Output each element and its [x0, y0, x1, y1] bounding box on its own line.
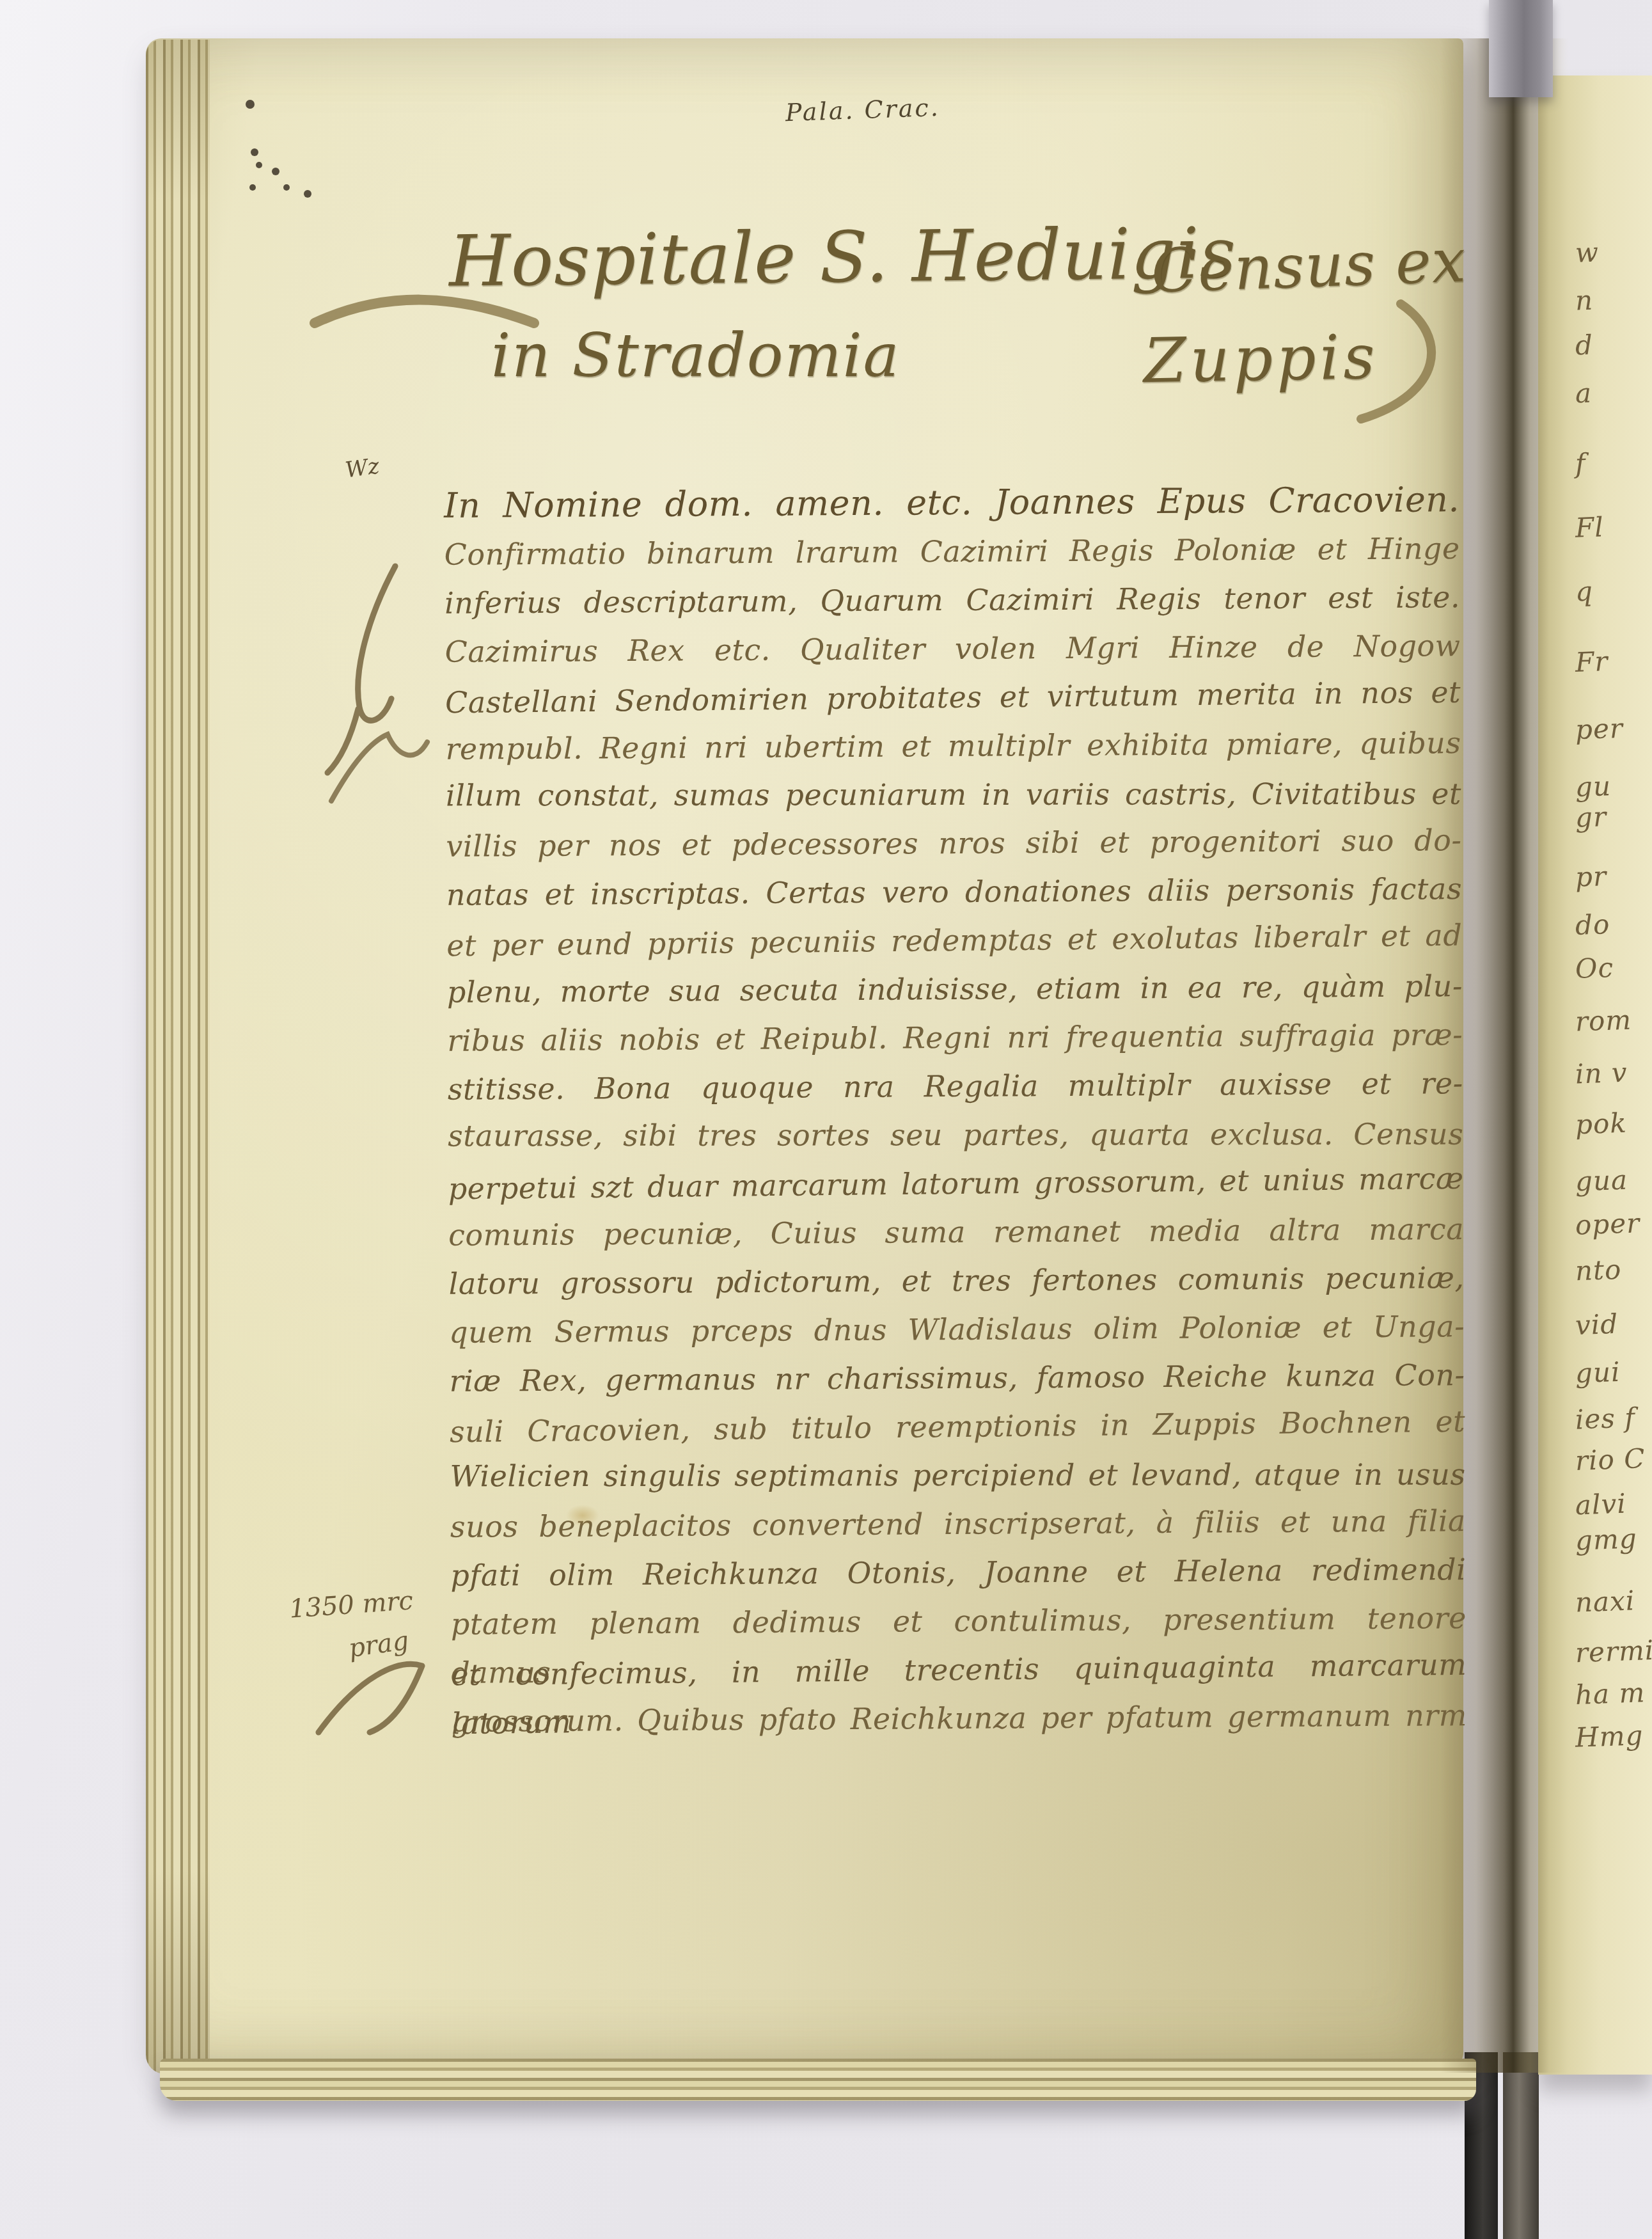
body-line: perpetui szt duar marcarum latorum gross…: [448, 1154, 1464, 1214]
facing-page-text-fragment: gua: [1575, 1164, 1628, 1198]
margin-monogram: Wz: [343, 454, 381, 484]
ink-specks: [243, 96, 247, 100]
manuscript-photo: w n d a f Fl q Fr per gu gr pr do Oc rom…: [0, 0, 1652, 2239]
facing-page-text-fragment: d: [1575, 329, 1594, 361]
title-census-ex: Census ex: [1150, 226, 1467, 306]
facing-page-text-fragment: f: [1575, 448, 1586, 480]
body-line: Castellani Sendomirien probitates et vir…: [445, 668, 1461, 727]
facing-page-text-fragment: pr: [1575, 860, 1607, 893]
facing-page-text-fragment: alvi: [1575, 1488, 1626, 1521]
body-line: ribus aliis nobis et Reipubl. Regni nri …: [447, 1010, 1463, 1065]
facing-page-sliver: w n d a f Fl q Fr per gu gr pr do Oc rom…: [1538, 75, 1652, 2075]
facing-page-text-fragment: Fl: [1575, 511, 1604, 544]
body-line: riæ Rex, germanus nr charissimus, famoso…: [449, 1350, 1465, 1405]
facing-page-text-fragment: rermi: [1575, 1634, 1652, 1668]
body-line: rempubl. Regni nri ubertim et multiplr e…: [445, 718, 1461, 773]
title-zuppis: Zuppis: [1143, 321, 1379, 397]
facing-page-text-fragment: Oc: [1575, 952, 1614, 985]
body-line: inferius descriptarum, Quarum Cazimiri R…: [444, 573, 1460, 628]
facing-page-text-fragment: per: [1575, 713, 1623, 746]
body-line: suos beneplacitos convertend inscripsera…: [450, 1496, 1466, 1551]
manuscript-body: In Nomine dom. amen. etc. Joannes Epus C…: [444, 475, 1467, 1746]
facing-page-text-fragment: w: [1575, 236, 1600, 268]
body-line: grossorum. Quibus pfato Reichkunza per p…: [452, 1691, 1467, 1746]
body-line: villis per nos et pdecessores nros sibi …: [446, 816, 1461, 871]
facing-page-text-fragment: Hmg: [1575, 1720, 1644, 1753]
facing-page-text-fragment: Fr: [1575, 645, 1609, 678]
body-line: staurasse, sibi tres sortes seu partes, …: [448, 1110, 1463, 1160]
facing-page-text-fragment: nto: [1575, 1254, 1622, 1286]
body-line: ptatem plenam dedimus et contulimus, pre…: [451, 1594, 1467, 1649]
page-edge-stack-bottom: [160, 2059, 1476, 2101]
facing-page-text-fragment: oper: [1575, 1207, 1640, 1240]
binding-strap-light: [1503, 2052, 1539, 2239]
top-clamp-strap: [1489, 0, 1553, 97]
body-line: Wielicien singulis septimanis percipiend…: [450, 1450, 1465, 1501]
body-line: Confirmatio binarum lrarum Cazimiri Regi…: [444, 524, 1459, 579]
facing-page-text-fragment: a: [1575, 377, 1593, 409]
body-line: In Nomine dom. amen. etc. Joannes Epus C…: [444, 475, 1459, 530]
facing-page-text-fragment: rom: [1575, 1004, 1632, 1037]
body-line: stitisse. Bona quoque nra Regalia multip…: [448, 1059, 1463, 1114]
body-line: Cazimirus Rex etc. Qualiter volen Mgri H…: [444, 621, 1460, 676]
facing-page-text-fragment: gr: [1575, 801, 1607, 834]
page-edge-stack-left: [146, 40, 210, 2074]
paper-stain: [566, 1505, 599, 1526]
facing-page-text-fragment: ies f: [1575, 1402, 1635, 1435]
page-heading: Pala. Crac.: [785, 93, 940, 127]
facing-page-text-fragment: n: [1575, 285, 1594, 317]
facing-page-text-fragment: vid: [1575, 1308, 1619, 1341]
body-line: suli Cracovien, sub titulo reemptionis i…: [450, 1397, 1466, 1457]
body-line: comunis pecuniæ, Cuius suma remanet medi…: [448, 1205, 1464, 1260]
facing-page-text-fragment: in v: [1575, 1057, 1628, 1090]
facing-page-text-fragment: gmg: [1575, 1523, 1637, 1556]
body-line: plenu, morte sua secuta induisisse, etia…: [447, 961, 1463, 1017]
facing-page-text-fragment: pok: [1575, 1107, 1627, 1141]
facing-page-text-fragment: q: [1575, 576, 1594, 608]
facing-page-text-fragment: gu: [1575, 770, 1612, 803]
facing-page-text-fragment: gui: [1575, 1356, 1621, 1389]
body-line: pfati olim Reichkunza Otonis, Joanne et …: [450, 1545, 1466, 1600]
body-line: natas et inscriptas. Certas vero donatio…: [446, 864, 1462, 919]
title-stradomia: in Stradomia: [491, 321, 901, 391]
facing-page-text-fragment: naxi: [1575, 1585, 1635, 1618]
title-hospitale: Hospitale S. Heduigis: [448, 212, 1236, 303]
body-line: quem Sermus prceps dnus Wladislaus olim …: [449, 1302, 1465, 1357]
body-line: et per eund ppriis pecuniis redemptas et…: [446, 911, 1463, 970]
facing-page-text-fragment: do: [1575, 908, 1610, 941]
facing-page-text-fragment: rio C: [1575, 1443, 1646, 1476]
body-line: latoru grossoru pdictorum, et tres ferto…: [448, 1253, 1464, 1308]
body-line: illum constat, sumas pecuniarum in varii…: [446, 770, 1461, 820]
body-line: et confecimus, in mille trecentis quinqu…: [451, 1640, 1467, 1700]
facing-page-text-fragment: ha m: [1575, 1677, 1646, 1711]
